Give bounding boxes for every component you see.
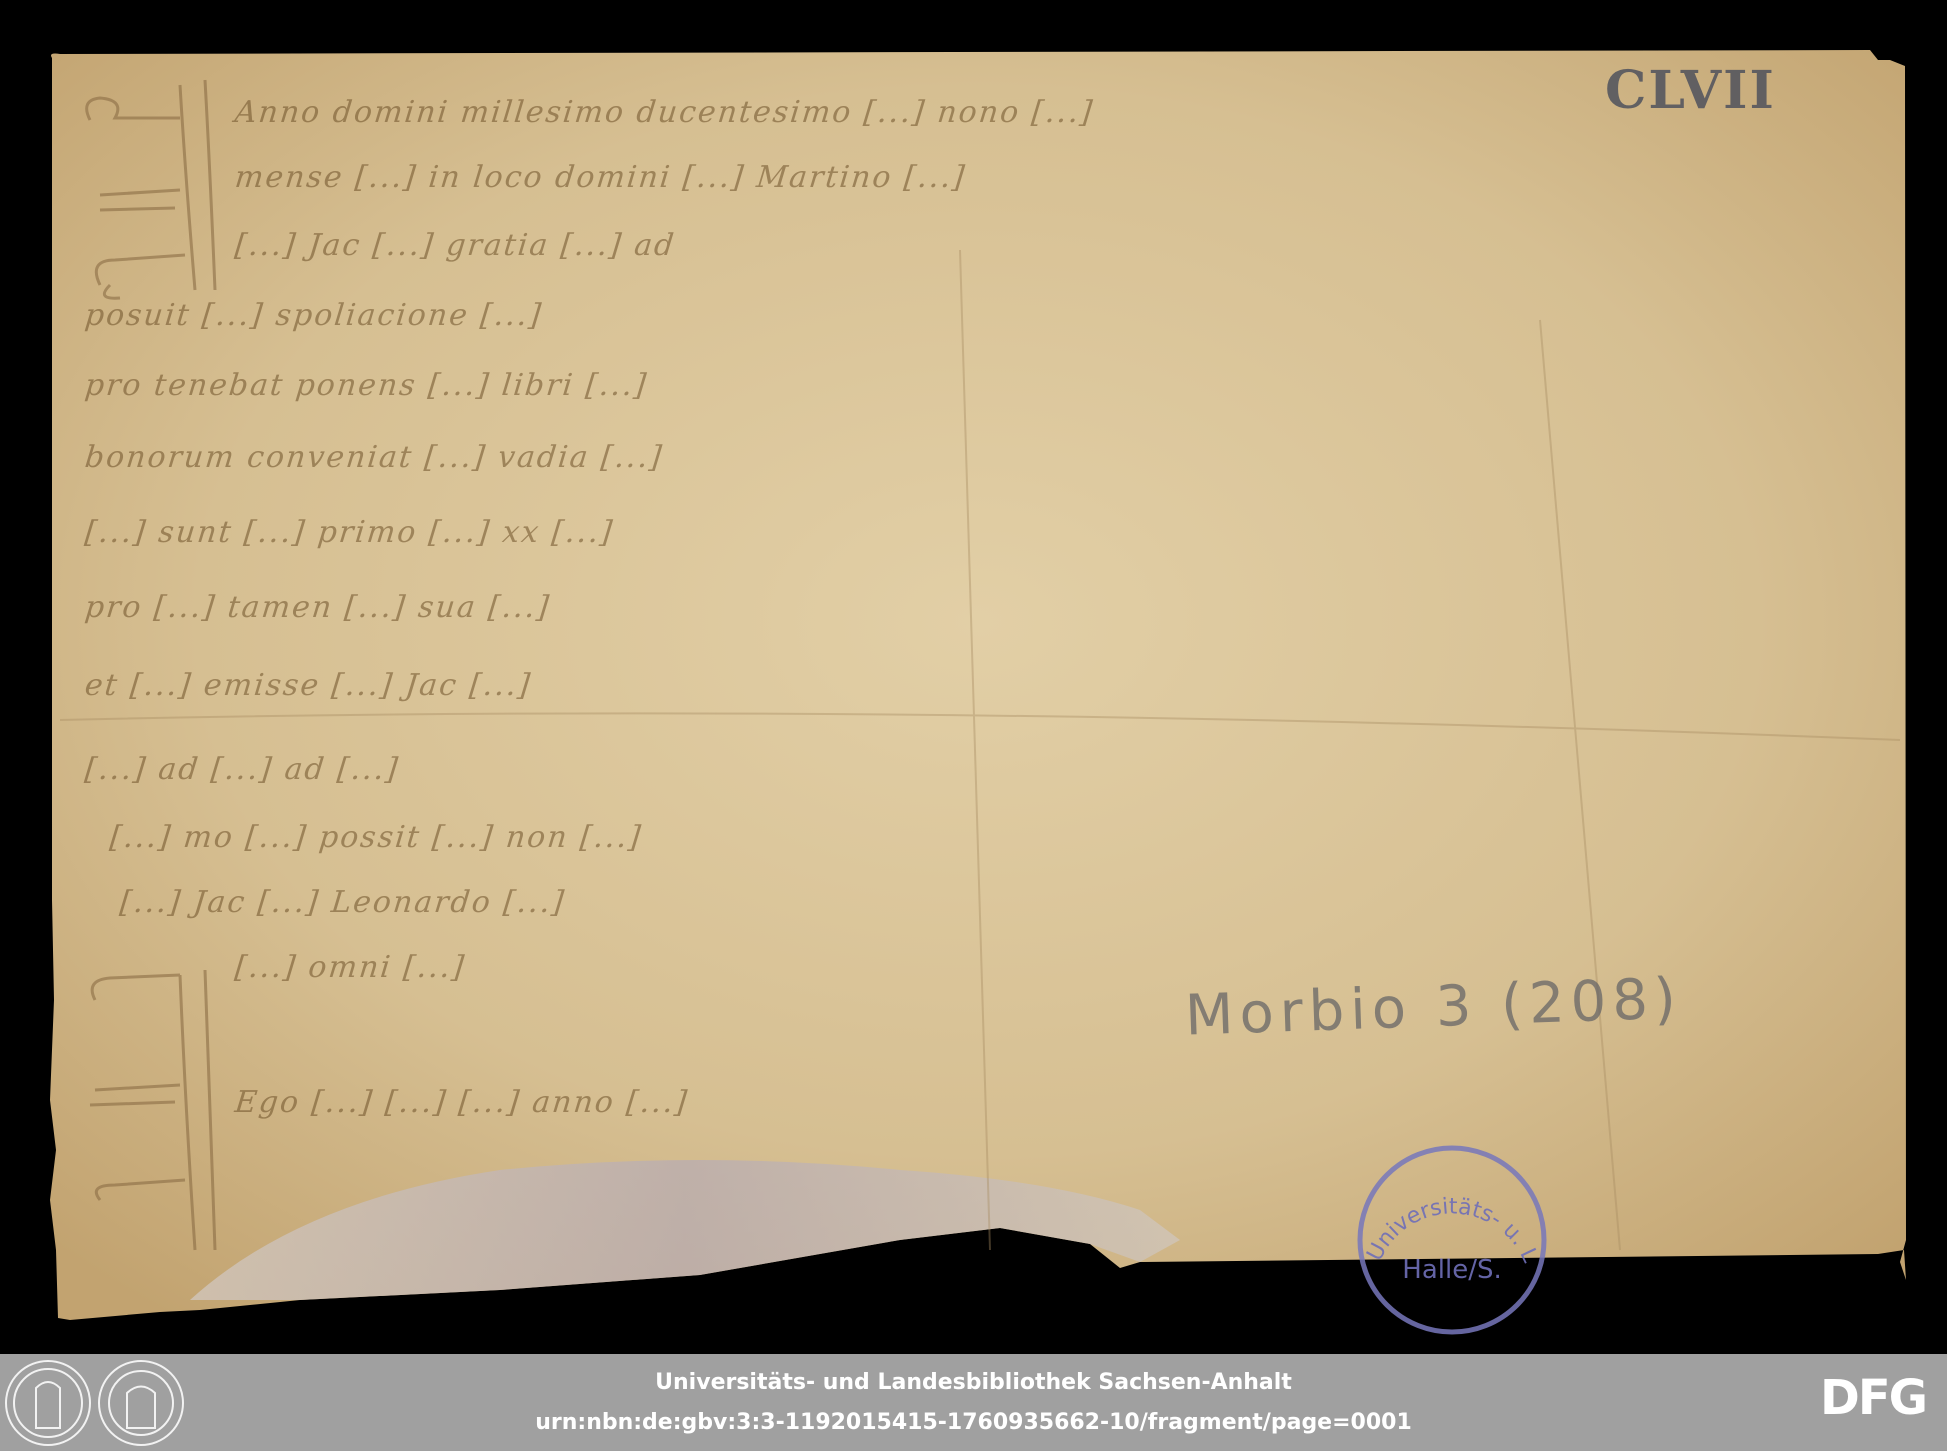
shelfmark-roman-numeral: CLVII <box>1605 60 1776 121</box>
manuscript-line-4: posuit [...] spoliacione [...] <box>83 298 544 333</box>
svg-text:Halle/S.: Halle/S. <box>1402 1255 1501 1285</box>
manuscript-line-9: et [...] emisse [...] Jac [...] <box>83 668 533 703</box>
manuscript-line-3: [...] Jac [...] gratia [...] ad <box>233 228 677 263</box>
manuscript-line-2: mense [...] in loco domini [...] Martino… <box>233 160 968 195</box>
manuscript-line-5: pro tenebat ponens [...] libri [...] <box>83 368 649 403</box>
institution-name: Universitäts- und Landesbibliothek Sachs… <box>0 1370 1947 1395</box>
svg-text:Universitäts- u. Landesbibliot: Universitäts- u. Landesbibliothek <box>1352 1140 1543 1267</box>
manuscript-line-14: Ego [...] [...] [...] anno [...] <box>233 1085 690 1120</box>
manuscript-line-10: [...] ad [...] ad [...] <box>83 752 401 787</box>
footer-bar: Universitäts- und Landesbibliothek Sachs… <box>0 1354 1947 1451</box>
manuscript-line-11: [...] mo [...] possit [...] non [...] <box>108 820 644 855</box>
manuscript-line-6: bonorum conveniat [...] vadia [...] <box>83 440 665 475</box>
document-viewer: CLVII Anno domini millesimo ducentesimo … <box>0 0 1947 1354</box>
urn-identifier[interactable]: urn:nbn:de:gbv:3:3-1192015415-1760935662… <box>0 1410 1947 1435</box>
manuscript-line-12: [...] Jac [...] Leonardo [...] <box>118 885 567 920</box>
dfg-logo: DFG <box>1820 1370 1926 1426</box>
manuscript-line-7: [...] sunt [...] primo [...] xx [...] <box>83 515 616 550</box>
manuscript-line-1: Anno domini millesimo ducentesimo [...] … <box>233 95 1095 130</box>
library-stamp-icon: Universitäts- u. Landesbibliothek Halle/… <box>1352 1140 1552 1340</box>
manuscript-line-13: [...] omni [...] <box>233 950 467 985</box>
manuscript-line-8: pro [...] tamen [...] sua [...] <box>83 590 552 625</box>
